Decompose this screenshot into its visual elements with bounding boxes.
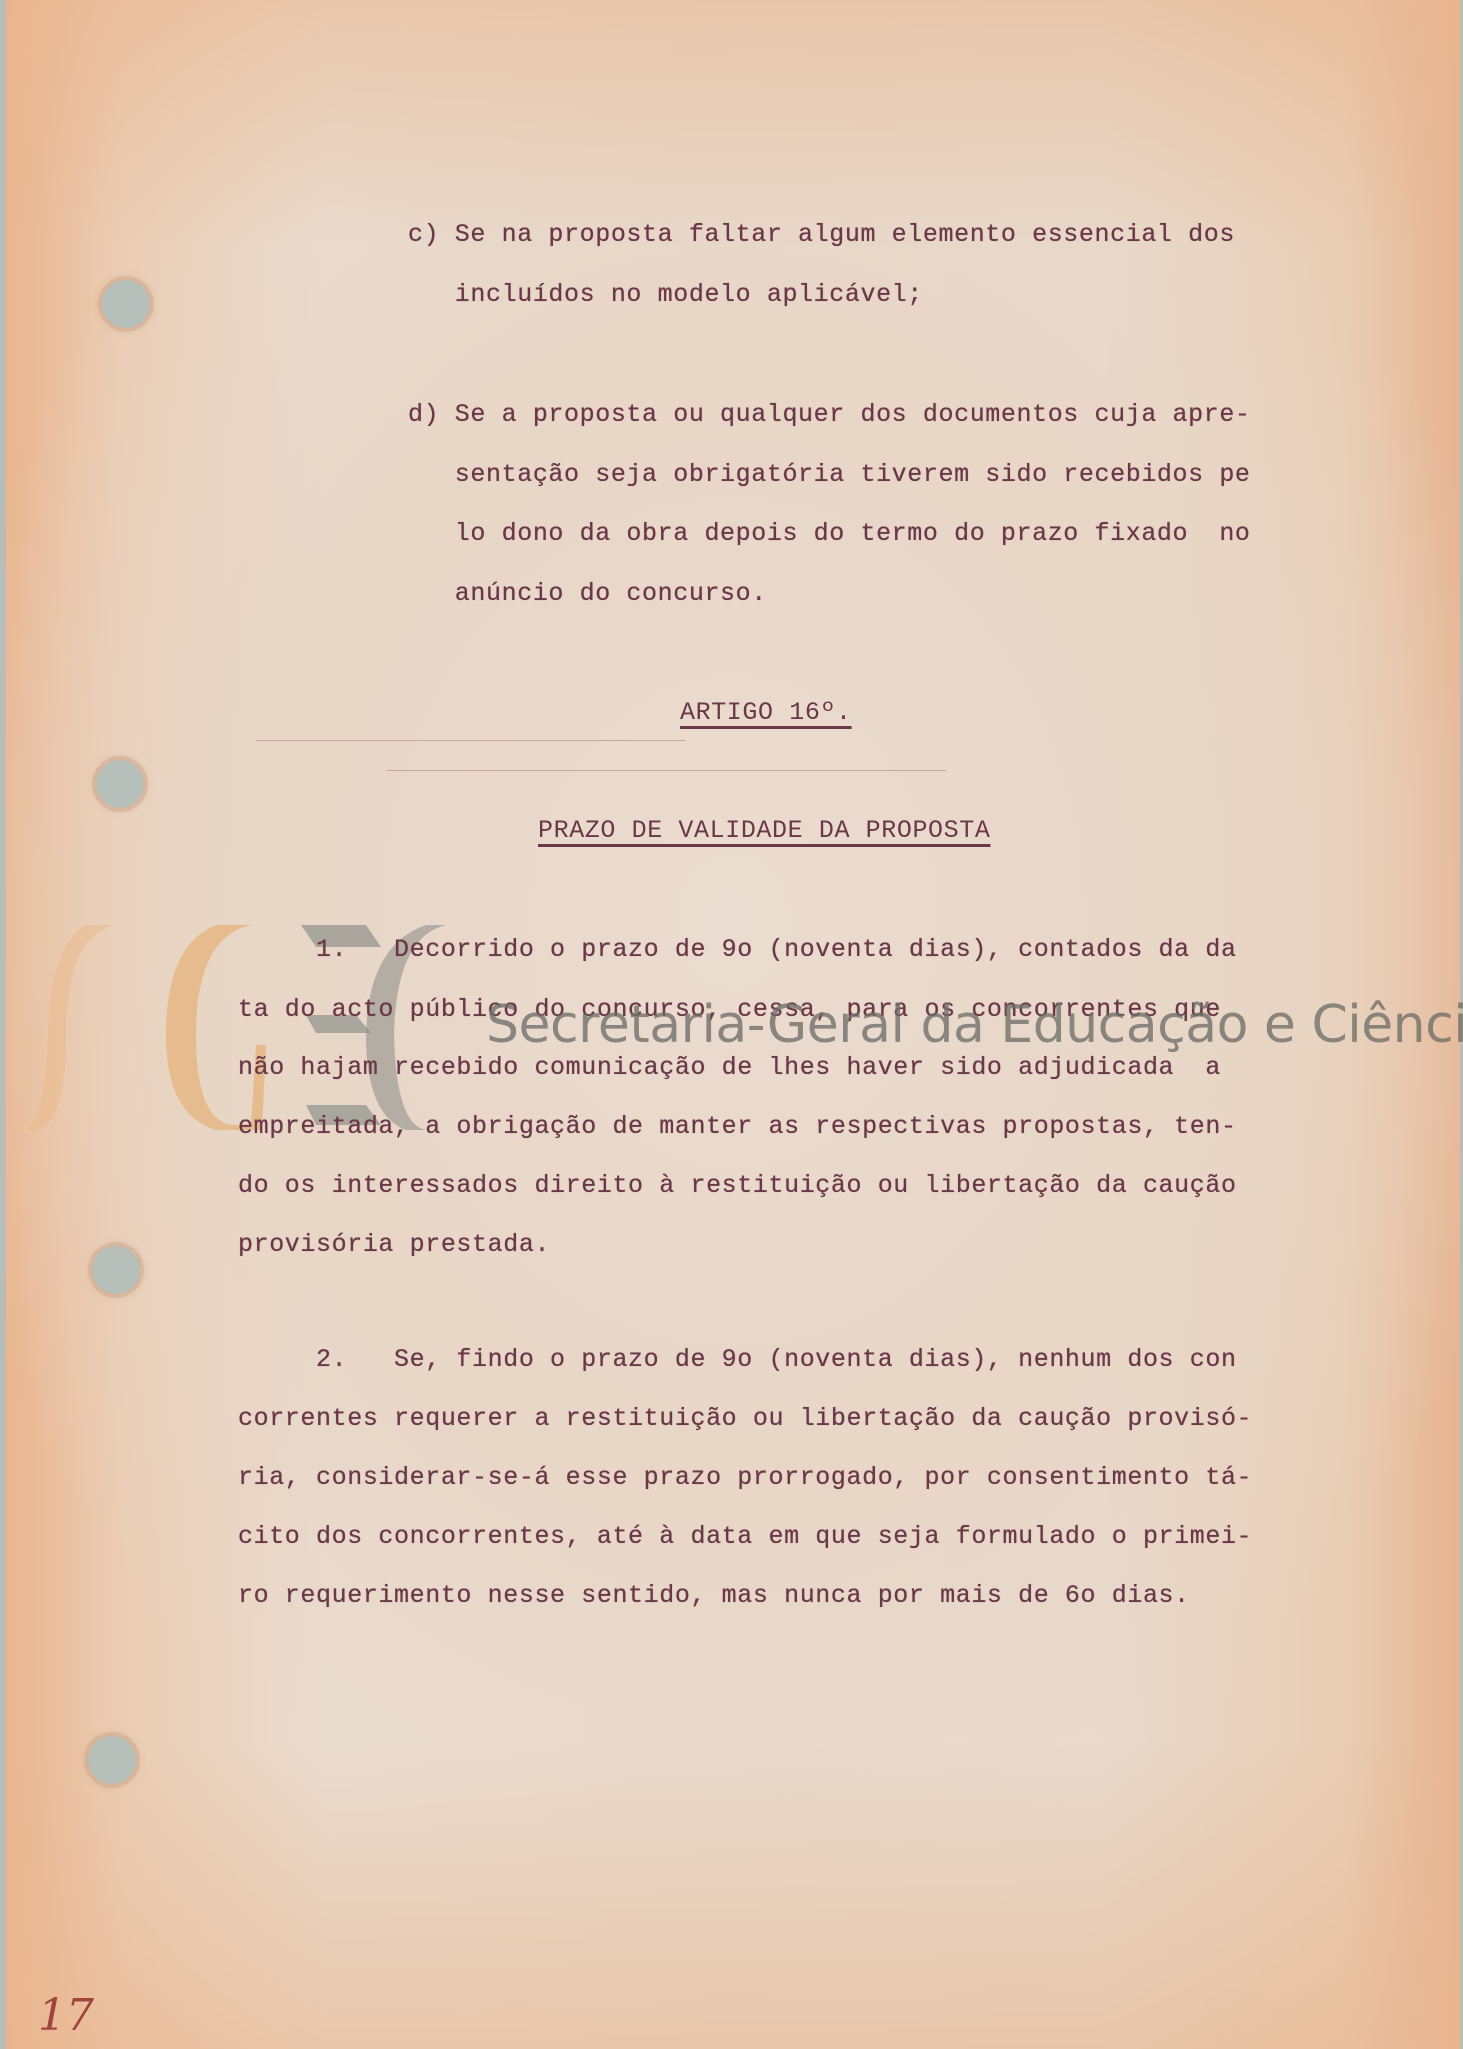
paragraph-2-line: cito dos concorrentes, até à data em que… [238, 1522, 1252, 1551]
faint-rule [386, 770, 946, 771]
punch-hole [102, 280, 150, 328]
paragraph-1-line: não hajam recebido comunicação de lhes h… [238, 1053, 1221, 1082]
item-c-line: c) Se na proposta faltar algum elemento … [408, 220, 1235, 249]
article-number: ARTIGO 16º. [680, 698, 852, 727]
punch-hole [96, 760, 144, 808]
paragraph-1-line: do os interessados direito à restituição… [238, 1171, 1237, 1200]
faint-rule [256, 740, 686, 741]
paragraph-2-line: ro requerimento nesse sentido, mas nunca… [238, 1581, 1190, 1610]
paragraph-2-line: 2. Se, findo o prazo de 9o (noventa dias… [238, 1345, 1237, 1374]
punch-hole [92, 1246, 140, 1294]
document-page: c) Se na proposta faltar algum elemento … [6, 0, 1460, 2049]
item-d-line: d) Se a proposta ou qualquer dos documen… [408, 400, 1251, 429]
paragraph-1-line: provisória prestada. [238, 1230, 550, 1259]
paragraph-1-line: empreitada, a obrigação de manter as res… [238, 1112, 1237, 1141]
item-d-line: sentação seja obrigatória tiverem sido r… [408, 460, 1251, 489]
item-d-line: anúncio do concurso. [408, 579, 767, 608]
item-c-line: incluídos no modelo aplicável; [408, 280, 923, 309]
paragraph-2-line: correntes requerer a restituição ou libe… [238, 1404, 1252, 1433]
watermark-text: Secretaria-Geral da Educação e Ciência [486, 995, 1463, 1055]
paragraph-2-line: ria, considerar-se-á esse prazo prorroga… [238, 1463, 1252, 1492]
page-number: 17 [38, 1990, 94, 2041]
punch-hole [88, 1736, 136, 1784]
article-title: PRAZO DE VALIDADE DA PROPOSTA [538, 816, 990, 845]
paragraph-1-line: 1. Decorrido o prazo de 9o (noventa dias… [238, 935, 1237, 964]
item-d-line: lo dono da obra depois do termo do prazo… [408, 519, 1251, 548]
